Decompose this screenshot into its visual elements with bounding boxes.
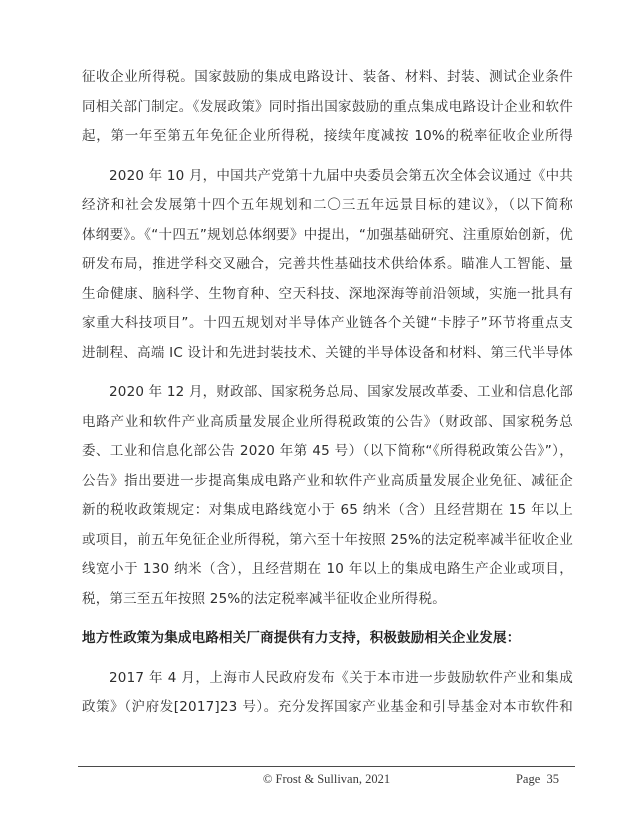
body-text-line: 电路产业和软件产业高质量发展企业所得税政策的公告》（财政部、国家税务总局、国家发… <box>82 408 573 438</box>
paragraph-tax-policy-continuation: 征收企业所得税。国家鼓励的集成电路设计、装备、材料、封装、测试企业条件由工业和信… <box>82 63 573 152</box>
body-text-line: 委、工业和信息化部公告 2020 年第 45 号）（以下简称“《所得税政策公告》… <box>82 437 573 467</box>
body-text-line: 政策》（沪府发[2017]23 号）。充分发挥国家产业基金和引导基金对本市软件和… <box>82 693 573 723</box>
body-text-line: 2017 年 4 月，上海市人民政府发布《关于本市进一步鼓励软件产业和集成电路产… <box>82 664 573 694</box>
paragraph-income-tax-announcement: 2020 年 12 月，财政部、国家税务总局、国家发展改革委、工业和信息化部发布… <box>82 378 573 614</box>
footer-page-number: Page 35 <box>516 771 559 787</box>
body-text-line: 同相关部门制定。《发展政策》同时指出国家鼓励的重点集成电路设计企业和软件企业，自… <box>82 93 573 123</box>
page-body: 征收企业所得税。国家鼓励的集成电路设计、装备、材料、封装、测试企业条件由工业和信… <box>82 63 573 723</box>
page-footer: © Frost & Sullivan, 2021 Page 35 <box>78 766 575 787</box>
body-text-line: 研发布局，推进学科交叉融合，完善共性基础技术供给体系。瞄准人工智能、量子信息、集… <box>82 250 573 280</box>
body-text-line: 公告》指出要进一步提高集成电路产业和软件产业高质量发展企业免征、减征企业所得税的… <box>82 467 573 497</box>
body-text-line: 经济和社会发展第十四个五年规划和二〇三五年远景目标的建议》，（以下简称《“十四五… <box>82 191 573 221</box>
paragraph-14th-five-year-plan: 2020 年 10 月，中国共产党第十九届中央委员会第五次全体会议通过《中共中央… <box>82 162 573 369</box>
section-heading: 地方性政策为集成电路相关厂商提供有力支持，积极鼓励相关企业发展： <box>82 624 573 654</box>
body-text-line: 体纲要》。《“十四五”规划总体纲要》中提出，“加强基础研究、注重原始创新，优化学… <box>82 221 573 251</box>
body-text-line: 起，第一年至第五年免征企业所得税，接续年度减按 10%的税率征收企业所得税。 <box>82 122 573 152</box>
section-heading-local-policies: 地方性政策为集成电路相关厂商提供有力支持，积极鼓励相关企业发展： <box>82 624 573 654</box>
body-text-line: 线宽小于 130 纳米（含），且经营期在 10 年以上的集成电路生产企业或项目，… <box>82 555 573 585</box>
body-text-line: 征收企业所得税。国家鼓励的集成电路设计、装备、材料、封装、测试企业条件由工业和信… <box>82 63 573 93</box>
body-text-line: 进制程、高端 IC 设计和先进封装技术、关键的半导体设备和材料、第三代半导体等领… <box>82 339 573 369</box>
footer-copyright: © Frost & Sullivan, 2021 <box>78 771 575 787</box>
body-text-line: 或项目，前五年免征企业所得税，第六至十年按照 25%的法定税率减半征收企业所得税… <box>82 526 573 556</box>
document-page: 征收企业所得税。国家鼓励的集成电路设计、装备、材料、封装、测试企业条件由工业和信… <box>0 0 640 828</box>
footer-divider <box>78 766 575 767</box>
body-text-line: 家重大科技项目”。十四五规划对半导体产业链各个关键“卡脖子”环节将重点支持，主要… <box>82 309 573 339</box>
body-text-line: 生命健康、脑科学、生物育种、空天科技、深地深海等前沿领域，实施一批具有前瞻性、战… <box>82 280 573 310</box>
paragraph-shanghai-policy: 2017 年 4 月，上海市人民政府发布《关于本市进一步鼓励软件产业和集成电路产… <box>82 664 573 723</box>
body-text-line: 2020 年 10 月，中国共产党第十九届中央委员会第五次全体会议通过《中共中央… <box>82 162 573 192</box>
body-text-line: 2020 年 12 月，财政部、国家税务总局、国家发展改革委、工业和信息化部发布… <box>82 378 573 408</box>
body-text-line: 新的税收政策规定：对集成电路线宽小于 65 纳米（含）且经营期在 15 年以上的… <box>82 496 573 526</box>
body-text-line: 税，第三至五年按照 25%的法定税率减半征收企业所得税。 <box>82 585 573 615</box>
